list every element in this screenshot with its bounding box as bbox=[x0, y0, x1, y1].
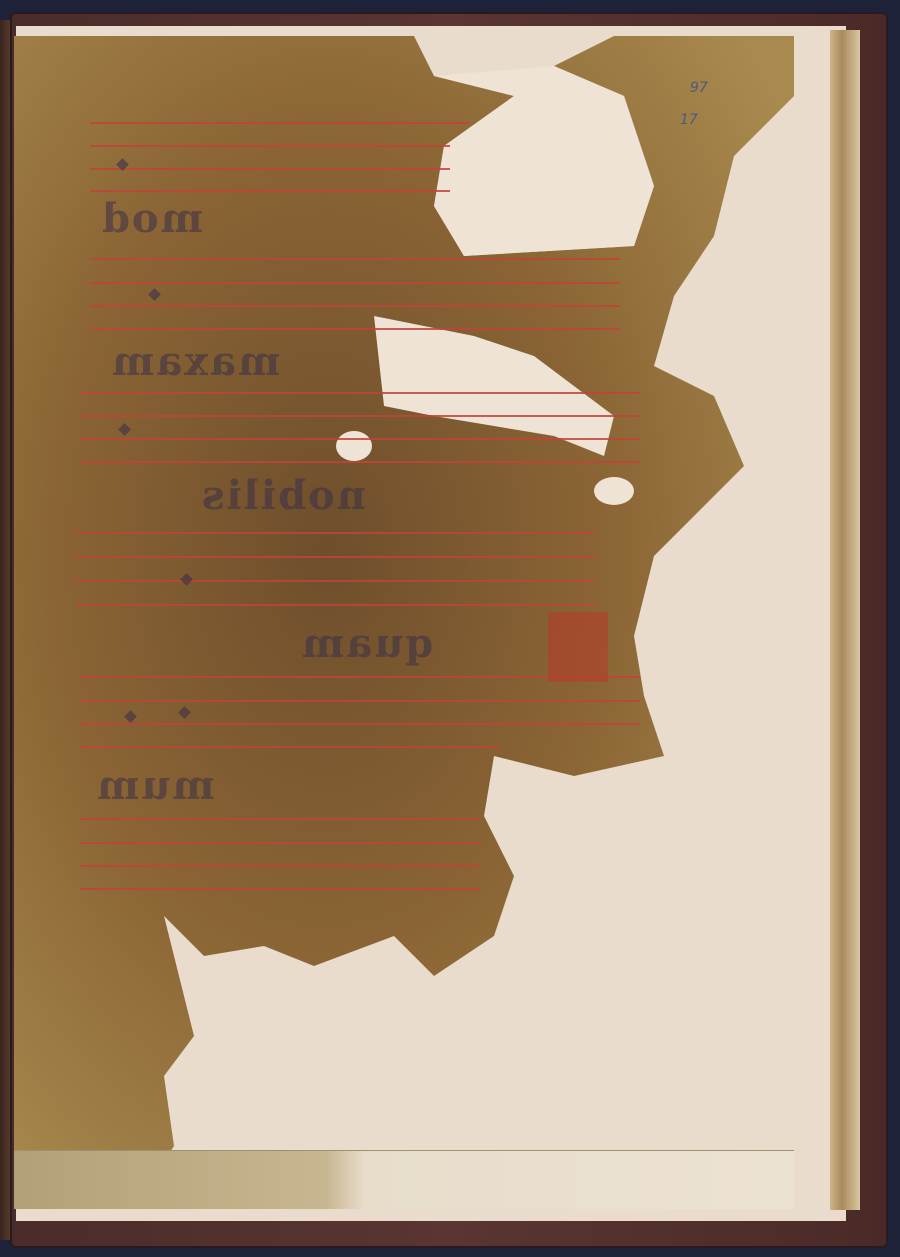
staff-line bbox=[80, 438, 640, 440]
staff-line bbox=[90, 122, 470, 124]
staff-line bbox=[90, 305, 620, 307]
staff-line bbox=[80, 746, 500, 748]
staff-line bbox=[75, 556, 595, 558]
text-line-2: maxam bbox=[110, 338, 280, 385]
red-initial bbox=[548, 612, 608, 682]
text-line-1: mod bbox=[100, 195, 203, 242]
staff-line bbox=[75, 604, 595, 606]
staff-line bbox=[80, 865, 480, 867]
text-line-3: nobilis bbox=[200, 472, 366, 519]
text-line-5: mum bbox=[95, 762, 215, 809]
staff-line bbox=[90, 328, 620, 330]
staff-line bbox=[80, 392, 640, 394]
staff-line bbox=[80, 818, 480, 820]
folio-number-2: 17 bbox=[680, 112, 698, 128]
staff-line bbox=[75, 532, 595, 534]
text-line-4: quam bbox=[300, 620, 433, 667]
manuscript-photo: mod maxam nobilis quam mum 97 17 bbox=[0, 0, 900, 1257]
staff-line bbox=[80, 461, 640, 463]
staff-line bbox=[75, 580, 595, 582]
staff-line bbox=[90, 145, 450, 147]
staff-line bbox=[80, 415, 640, 417]
staff-line bbox=[80, 700, 640, 702]
staff-line bbox=[90, 168, 450, 170]
staff-line bbox=[80, 842, 480, 844]
staff-line bbox=[90, 190, 450, 192]
page-edges bbox=[830, 30, 860, 1210]
staff-line bbox=[90, 282, 620, 284]
folio-number-1: 97 bbox=[690, 80, 708, 96]
staff-line bbox=[90, 258, 620, 260]
staff-line bbox=[80, 723, 640, 725]
mount-strip-bottom bbox=[14, 1150, 794, 1209]
staff-line bbox=[80, 888, 480, 890]
